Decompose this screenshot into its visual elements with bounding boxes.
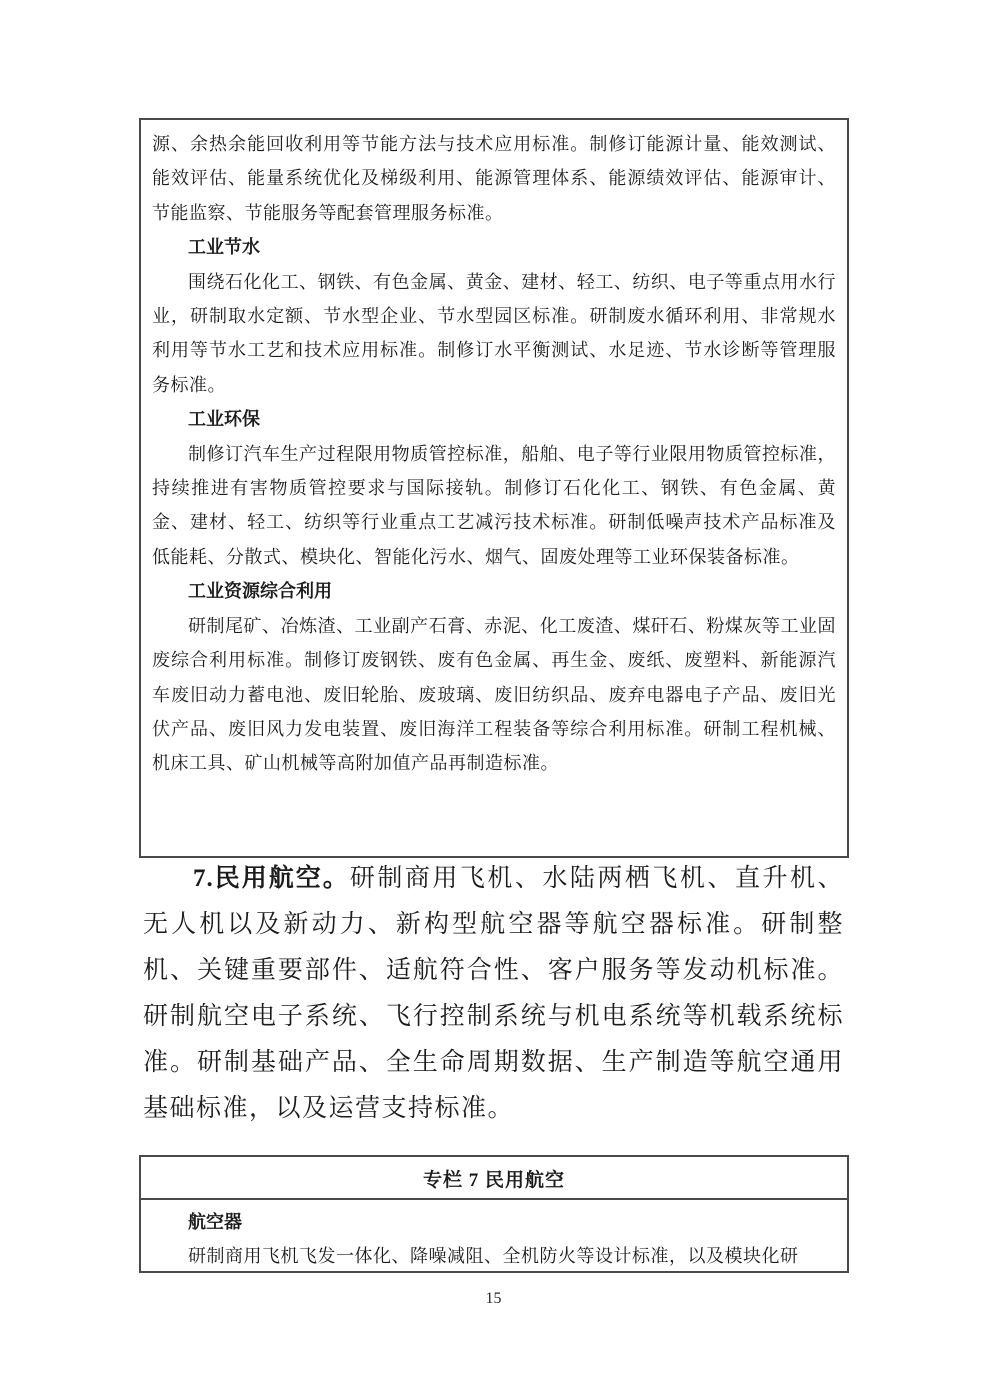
section-body-industrial-resource-utilization: 研制尾矿、冶炼渣、工业副产石膏、赤泥、化工废渣、煤矸石、粉煤灰等工业固废综合利用… (152, 609, 836, 781)
box-7-title: 专栏 7 民用航空 (141, 1157, 847, 1200)
box-7-body: 航空器 研制商用飞机飞发一体化、降噪减阻、全机防火等设计标准，以及模块化研 (141, 1200, 847, 1273)
section-heading-industrial-environmental-protection: 工业环保 (152, 402, 836, 436)
section-body-industrial-environmental-protection: 制修订汽车生产过程限用物质管控标准，船舶、电子等行业限用物质管控标准，持续推进有… (152, 437, 836, 575)
paragraph-civil-aviation-body: 研制商用飞机、水陆两栖飞机、直升机、无人机以及新动力、新构型航空器等航空器标准。… (143, 865, 844, 1122)
column-box-7-civil-aviation: 专栏 7 民用航空 航空器 研制商用飞机飞发一体化、降噪减阻、全机防火等设计标准… (139, 1155, 849, 1273)
section-body-industrial-water-saving: 围绕石化化工、钢铁、有色金属、黄金、建材、轻工、纺织、电子等重点用水行业，研制取… (152, 265, 836, 403)
document-page: 源、余热余能回收利用等节能方法与技术应用标准。制修订能源计量、能效测试、能效评估… (0, 0, 987, 1397)
section-heading-industrial-water-saving: 工业节水 (152, 230, 836, 264)
column-box-continued: 源、余热余能回收利用等节能方法与技术应用标准。制修订能源计量、能效测试、能效评估… (139, 118, 849, 858)
section-body-aircraft: 研制商用飞机飞发一体化、降噪减阻、全机防火等设计标准，以及模块化研 (152, 1239, 836, 1273)
paragraph-civil-aviation: 7.民用航空。研制商用飞机、水陆两栖飞机、直升机、无人机以及新动力、新构型航空器… (143, 856, 844, 1134)
box-continued-intro-paragraph: 源、余热余能回收利用等节能方法与技术应用标准。制修订能源计量、能效测试、能效评估… (152, 127, 836, 230)
section-heading-industrial-resource-utilization: 工业资源综合利用 (152, 574, 836, 608)
paragraph-civil-aviation-lead: 7.民用航空。 (193, 865, 350, 892)
section-heading-aircraft: 航空器 (152, 1205, 836, 1239)
page-number: 15 (0, 1290, 987, 1308)
